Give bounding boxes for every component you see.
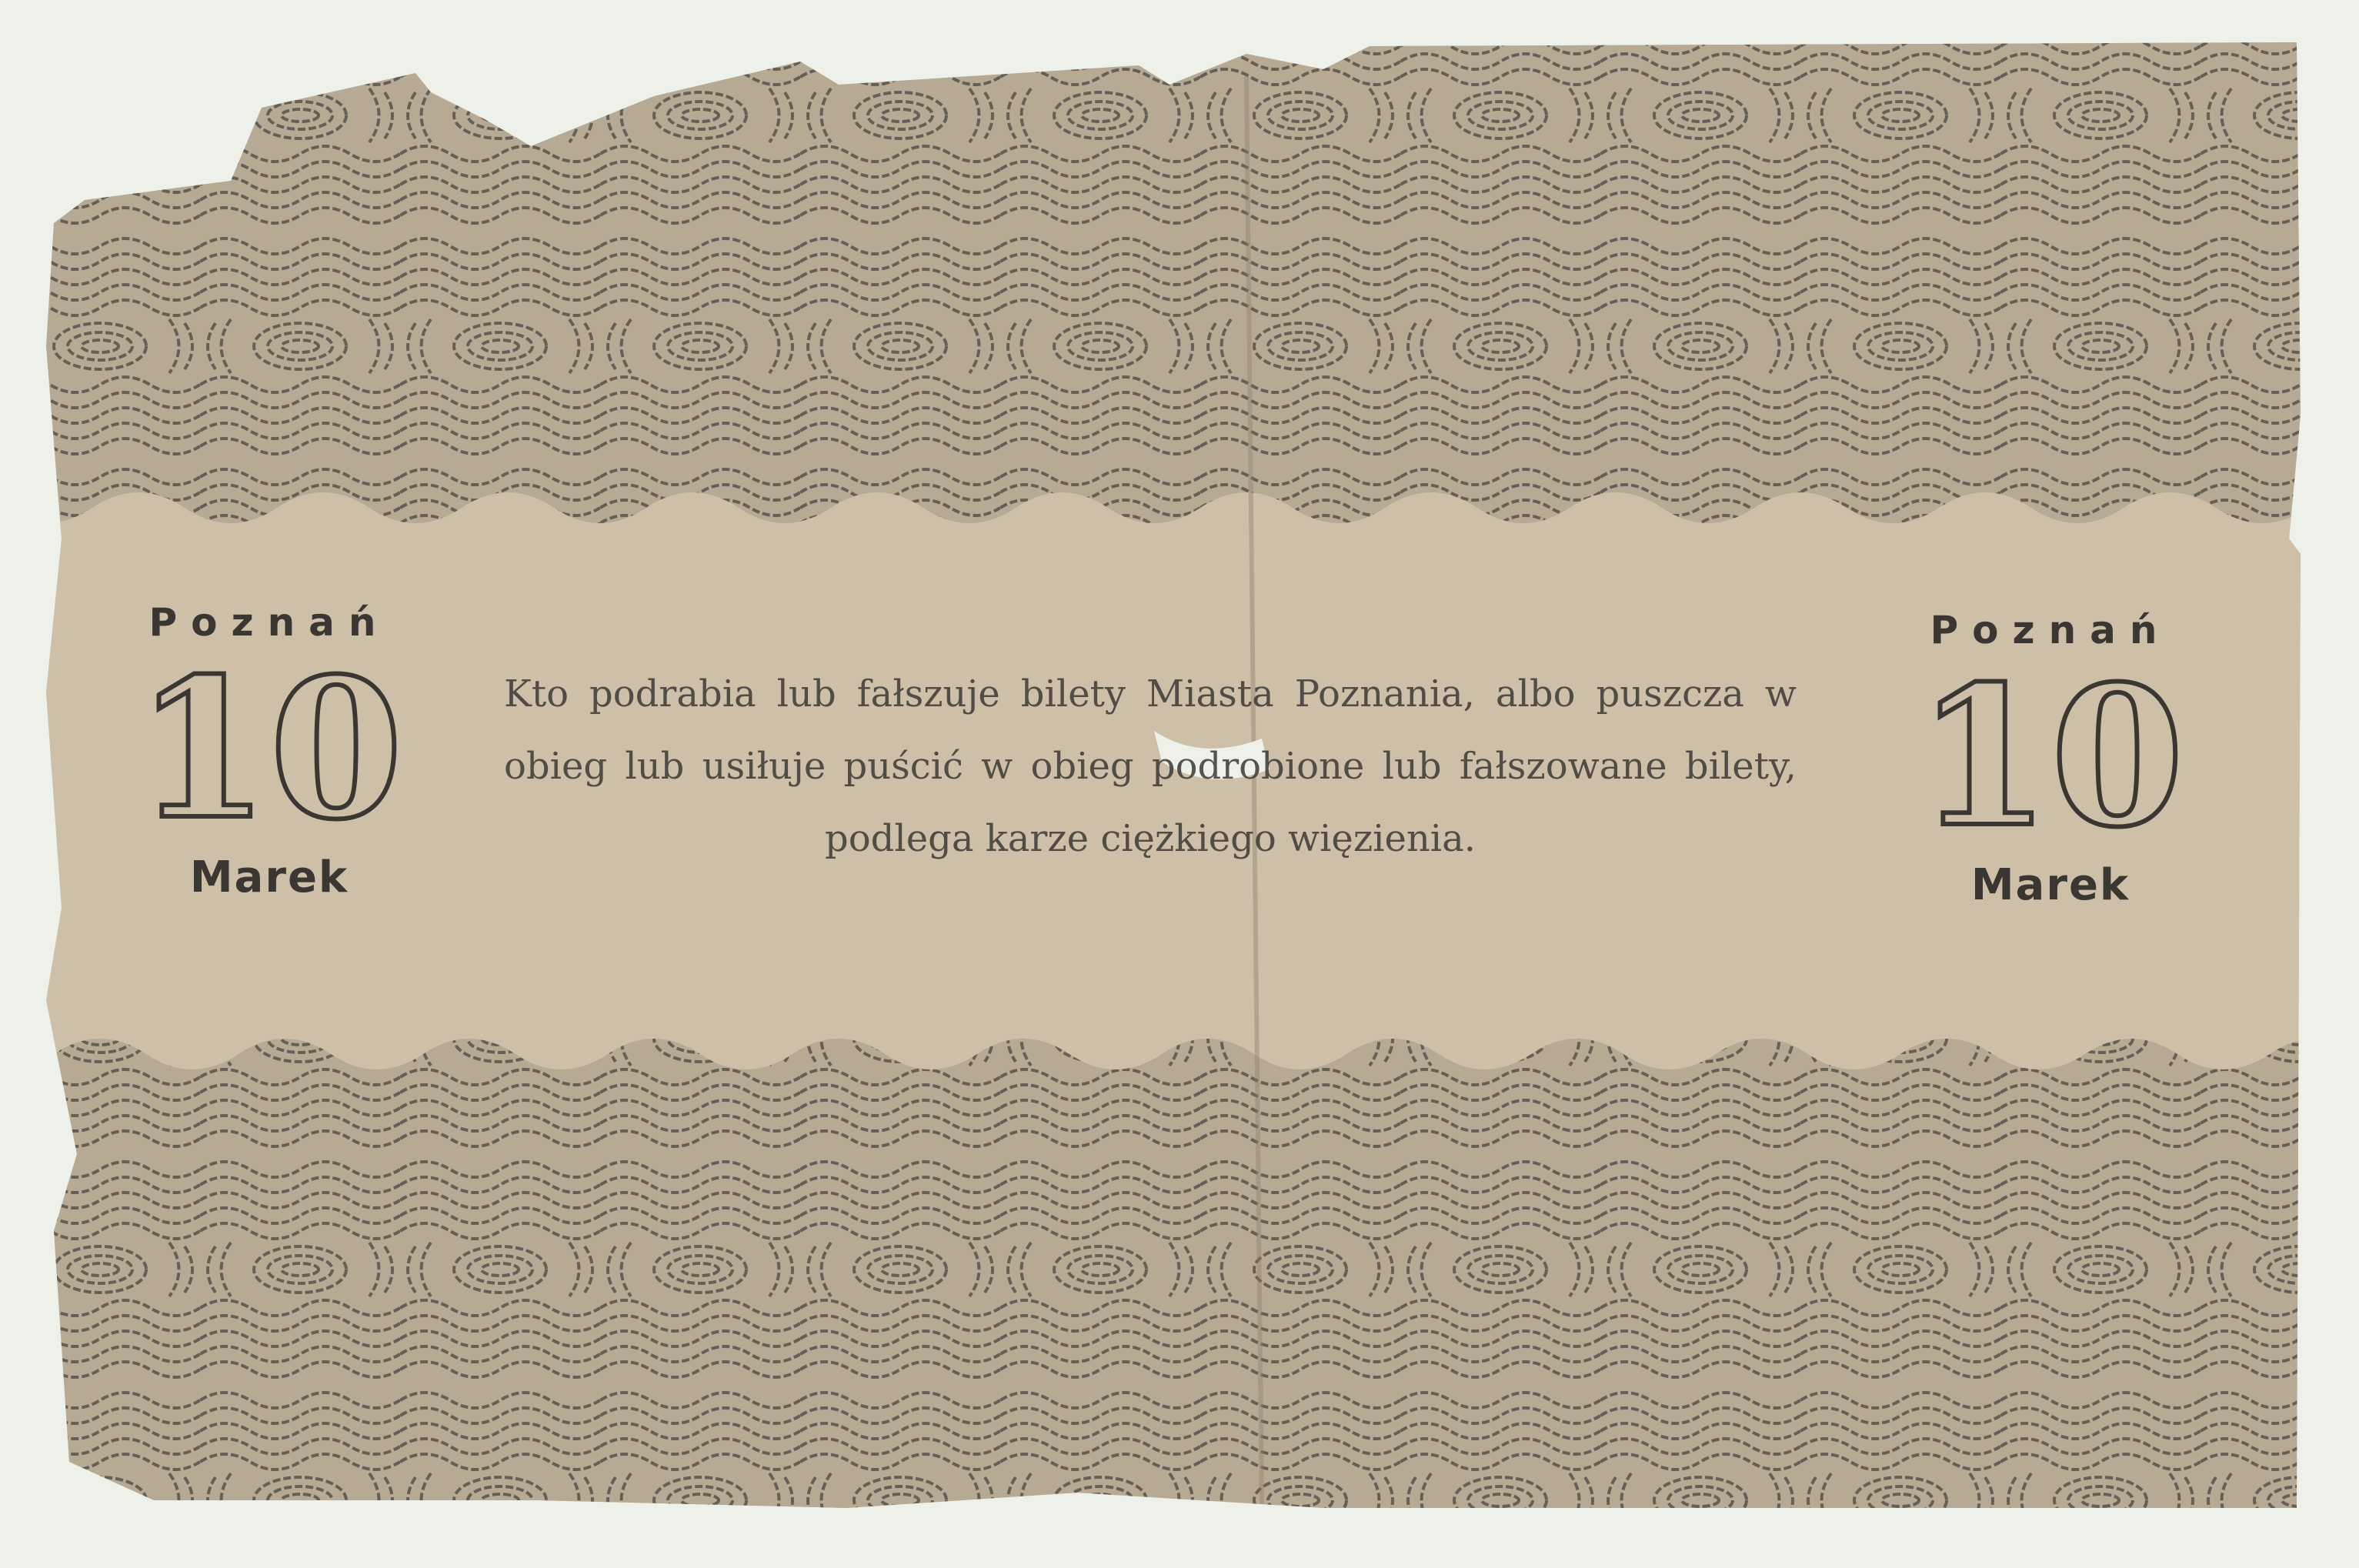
banknote-content: Poznań 10 Marek Kto podrabia lub fałszuj… <box>0 0 2359 1568</box>
denomination-value: 10 <box>1893 660 2208 852</box>
left-denomination: Poznań 10 Marek <box>115 600 423 902</box>
denomination-value: 10 <box>115 652 423 845</box>
counterfeit-warning-text: Kto podrabia lub fałszuje bilety Miasta … <box>504 658 1797 875</box>
right-denomination: Poznań 10 Marek <box>1893 608 2208 910</box>
